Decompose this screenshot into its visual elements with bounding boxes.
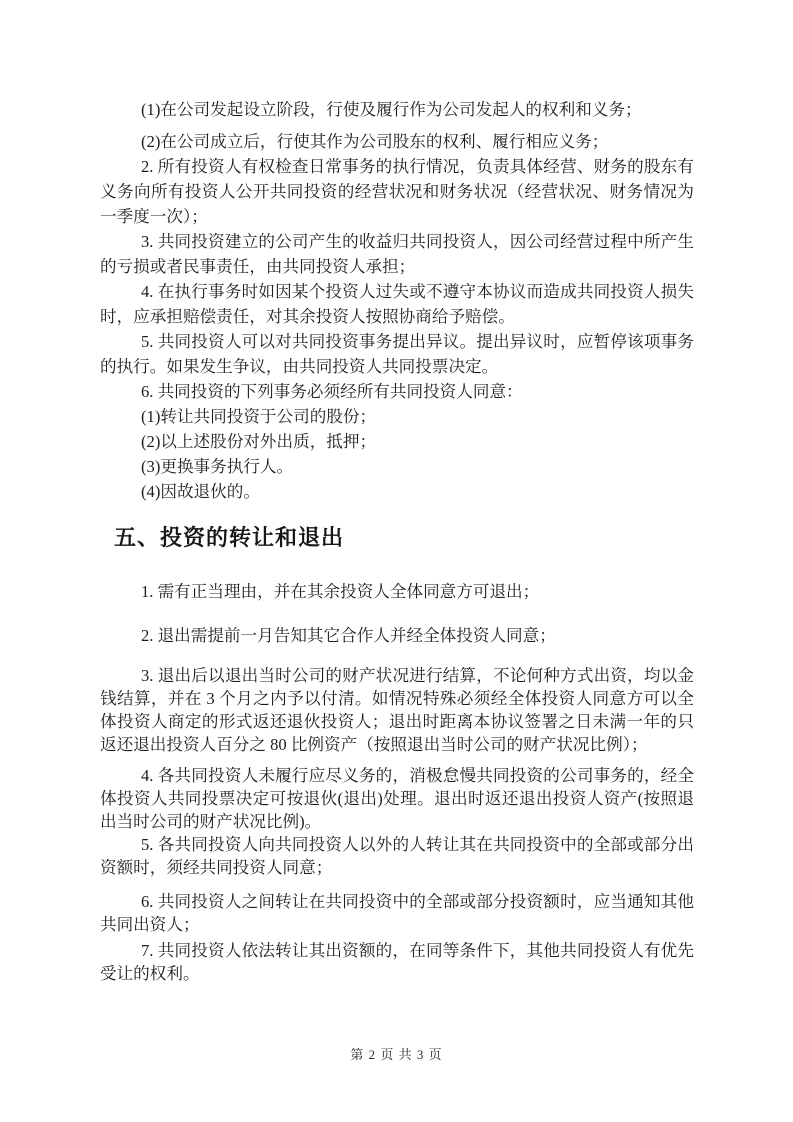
clause-paragraph: 4. 各共同投资人未履行应尽义务的，消极怠慢共同投资的公司事务的，经全体投资人共…: [100, 764, 694, 833]
page-footer: 第 2 页 共 3 页: [0, 1044, 793, 1063]
clause-paragraph: 2. 退出需提前一月告知其它合作人并经全体投资人同意；: [100, 624, 694, 647]
document-page: (1)在公司发起设立阶段，行使及履行作为公司发起人的权利和义务； (2)在公司成…: [0, 0, 793, 1122]
clause-paragraph: (2)以上述股份对外出质，抵押；: [100, 429, 694, 454]
clause-paragraph: 2. 所有投资人有权检查日常事务的执行情况，负责具体经营、财务的股东有义务向所有…: [100, 154, 694, 229]
clause-paragraph: 4. 在执行事务时如因某个投资人过失或不遵守本协议而造成共同投资人损失时，应承担…: [100, 279, 694, 329]
clause-paragraph: 5. 各共同投资人向共同投资人以外的人转让其在共同投资中的全部或部分出资额时，须…: [100, 833, 694, 879]
clause-paragraph: 3. 退出后以退出当时公司的财产状况进行结算，不论何种方式出资，均以金钱结算，并…: [100, 664, 694, 756]
clause-paragraph: 1. 需有正当理由，并在其余投资人全体同意方可退出；: [100, 580, 694, 603]
clause-paragraph: (1)转让共同投资于公司的股份；: [100, 404, 694, 429]
clause-paragraph: (2)在公司成立后，行使其作为公司股东的权利、履行相应义务；: [100, 129, 694, 154]
clause-paragraph: 7. 共同投资人依法转让其出资额的，在同等条件下，其他共同投资人有优先受让的权利…: [100, 939, 694, 985]
clause-paragraph: (1)在公司发起设立阶段，行使及履行作为公司发起人的权利和义务；: [100, 97, 694, 122]
clause-paragraph: 6. 共同投资人之间转让在共同投资中的全部或部分投资额时，应当通知其他共同出资人…: [100, 890, 694, 936]
clause-paragraph: 5. 共同投资人可以对共同投资事务提出异议。提出异议时，应暂停该项事务的执行。如…: [100, 329, 694, 379]
clause-paragraph: (4)因故退伙的。: [100, 479, 694, 504]
clause-paragraph: 6. 共同投资的下列事务必须经所有共同投资人同意：: [100, 379, 694, 404]
clause-paragraph: (3)更换事务执行人。: [100, 454, 694, 479]
section-five-heading: 五、投资的转让和退出: [100, 523, 694, 553]
clause-paragraph: 3. 共同投资建立的公司产生的收益归共同投资人，因公司经营过程中所产生的亏损或者…: [100, 229, 694, 279]
document-body: (1)在公司发起设立阶段，行使及履行作为公司发起人的权利和义务； (2)在公司成…: [0, 0, 793, 985]
page-number-indicator: 第 2 页 共 3 页: [350, 1047, 442, 1062]
